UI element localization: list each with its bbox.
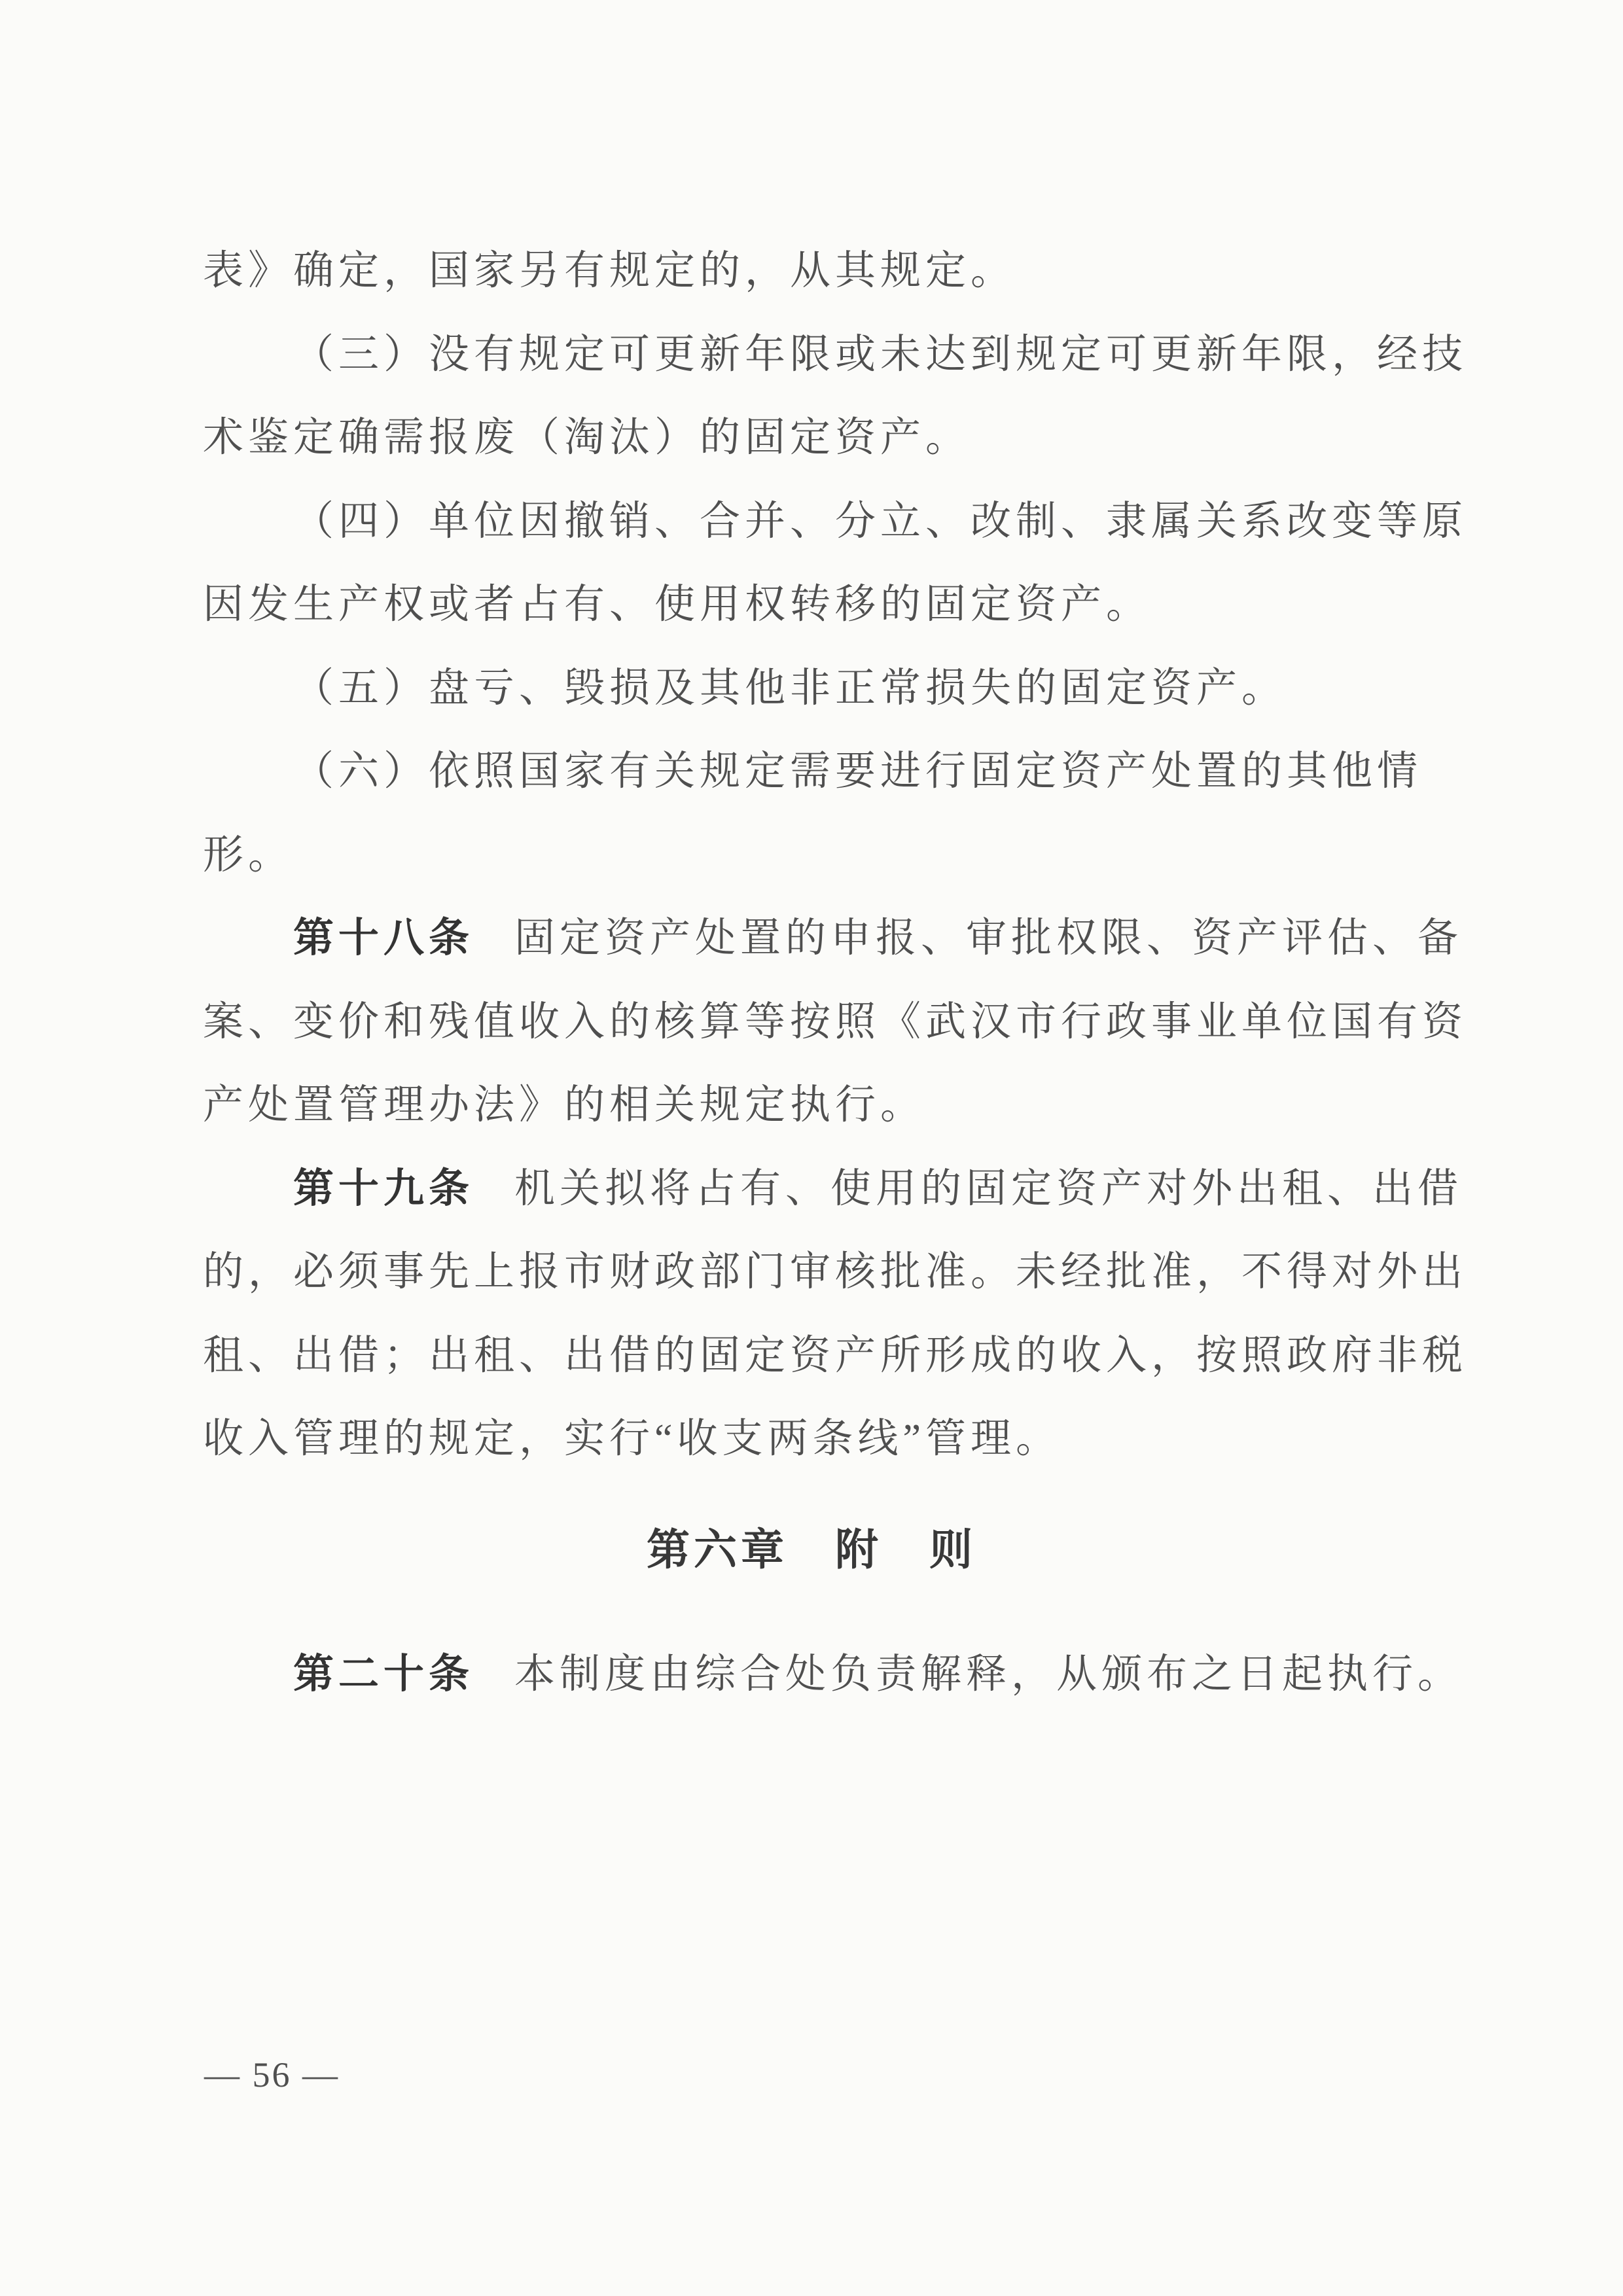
closing-text: 第二十条本制度由综合处负责解释，从颁布之日起执行。 [203, 1633, 1446, 1717]
line-text: 收入管理的规定，实行“收支两条线”管理。 [203, 1417, 1061, 1461]
body-line: 术鉴定确需报废（淘汰）的固定资产。 [203, 397, 1446, 480]
line-text: 因发生产权或者占有、使用权转移的固定资产。 [203, 582, 1151, 627]
body-line: 第十八条固定资产处置的申报、审批权限、资产评估、备 [203, 897, 1446, 981]
body-line: 产处置管理办法》的相关规定执行。 [203, 1064, 1446, 1148]
body-line: （五）盘亏、毁损及其他非正常损失的固定资产。 [203, 647, 1446, 731]
body-line: 第二十条本制度由综合处负责解释，从颁布之日起执行。 [203, 1633, 1446, 1717]
line-text: 术鉴定确需报废（淘汰）的固定资产。 [203, 415, 971, 460]
line-text: （六）依照国家有关规定需要进行固定资产处置的其他情 [293, 749, 1422, 794]
line-text: （三）没有规定可更新年限或未达到规定可更新年限，经技 [293, 332, 1467, 377]
body-line: 形。 [203, 814, 1446, 898]
body-line: （四）单位因撤销、合并、分立、改制、隶属关系改变等原 [203, 480, 1446, 564]
article-number: 第十九条 [293, 1167, 474, 1211]
chapter-heading: 第六章 附 则 [0, 1509, 1623, 1593]
line-text: 本制度由综合处负责解释，从颁布之日起执行。 [514, 1652, 1463, 1697]
body-line: 表》确定，国家另有规定的，从其规定。 [203, 230, 1446, 313]
article-number: 第十八条 [293, 916, 474, 961]
line-text: 租、出借；出租、出借的固定资产所形成的收入，按照政府非税 [203, 1333, 1467, 1378]
article-number: 第二十条 [293, 1652, 474, 1697]
body-line: 案、变价和残值收入的核算等按照《武汉市行政事业单位国有资 [203, 981, 1446, 1065]
line-text: 固定资产处置的申报、审批权限、资产评估、备 [514, 916, 1463, 961]
line-text: 产处置管理办法》的相关规定执行。 [203, 1083, 925, 1127]
line-text: 的，必须事先上报市财政部门审核批准。未经批准，不得对外出 [203, 1250, 1467, 1294]
body-line: 因发生产权或者占有、使用权转移的固定资产。 [203, 563, 1446, 647]
body-text: 表》确定，国家另有规定的，从其规定。（三）没有规定可更新年限或未达到规定可更新年… [203, 230, 1446, 1481]
page-number: — 56 — [204, 2053, 340, 2096]
line-text: 表》确定，国家另有规定的，从其规定。 [203, 249, 1016, 293]
body-line: 租、出借；出租、出借的固定资产所形成的收入，按照政府非税 [203, 1315, 1446, 1398]
body-line: 第十九条机关拟将占有、使用的固定资产对外出租、出借 [203, 1148, 1446, 1231]
body-line: （六）依照国家有关规定需要进行固定资产处置的其他情 [203, 730, 1446, 814]
line-text: 机关拟将占有、使用的固定资产对外出租、出借 [514, 1167, 1463, 1211]
line-text: （四）单位因撤销、合并、分立、改制、隶属关系改变等原 [293, 499, 1467, 544]
line-text: 案、变价和残值收入的核算等按照《武汉市行政事业单位国有资 [203, 1000, 1467, 1044]
line-text: （五）盘亏、毁损及其他非正常损失的固定资产。 [293, 666, 1287, 711]
document-page: 表》确定，国家另有规定的，从其规定。（三）没有规定可更新年限或未达到规定可更新年… [0, 0, 1623, 2296]
body-line: 收入管理的规定，实行“收支两条线”管理。 [203, 1398, 1446, 1481]
body-line: 的，必须事先上报市财政部门审核批准。未经批准，不得对外出 [203, 1231, 1446, 1315]
line-text: 形。 [203, 833, 293, 877]
body-line: （三）没有规定可更新年限或未达到规定可更新年限，经技 [203, 313, 1446, 397]
